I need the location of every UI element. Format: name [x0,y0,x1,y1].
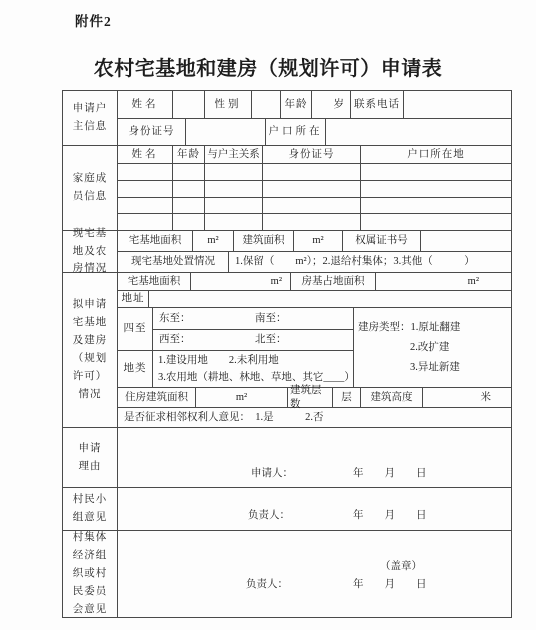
family-name-cell [118,214,173,230]
floors-unit-cell: 层 [333,388,361,407]
family-header-relation: 与户主关系 [205,146,263,163]
section-current-homestead: 现宅基 地及农 房情况 宅基地面积 m² 建筑面积 m² 权属证书号 现宅基地处… [63,231,511,273]
height-unit-cell: 米 [423,388,511,407]
family-relation-cell [205,198,263,214]
family-registry-cell [361,181,511,197]
group-sign-label: 负责人： [248,509,290,522]
applicant-gender-value-cell [252,91,281,118]
floors-label: 建筑层数 [288,388,333,407]
family-blank-row [118,198,511,215]
form-title: 农村宅基地和建房（规划许可）申请表 [0,52,536,81]
landtype-row: 地类 1.建设用地 2.未利用地 3.农用地（耕地、林地、草地、其它____） [118,351,353,387]
family-age-cell [173,181,205,197]
bounds-landtype-block: 四至 东至： 南至： 西至： 北至： [118,308,354,387]
current-building-area-label: 建筑面积 [234,231,294,251]
family-header-id: 身份证号 [263,146,361,163]
current-building-area-unit-cell: m² [294,231,343,251]
applicant-name-value-cell [173,91,205,118]
landtype-label: 地类 [118,351,153,387]
bounds-east-south-line: 东至： 南至： [153,308,353,330]
buildtype-option-line-2: 2.改扩建 [358,341,511,354]
family-blank-row [118,214,511,230]
buildtype-cell: 建房类型：1.原址翻建 2.改扩建 3.异址新建 [354,308,511,387]
family-id-cell [263,214,361,230]
application-form-table: 申请户 主信息 姓名 性别 年龄 岁 联系电话 身份证号 户口所在 [62,90,512,618]
committee-seal-text: （盖章） [380,560,422,573]
family-id-cell [263,181,361,197]
applicant-age-label: 年龄 [281,91,312,118]
section-family: 家庭成 员信息 姓名 年龄 与户主关系 身份证号 户口所在地 [63,146,511,231]
section-label-proposed: 拟申请 宅基地 及建房 （规划 许可） 情况 [63,273,118,427]
bounds-west-label: 西至： [159,333,255,346]
reason-date-text: 年 月 日 [353,467,427,480]
buildtype-option-line-3: 3.异址新建 [358,361,511,374]
committee-content-cell: （盖章） 负责人： 年 月 日 [118,531,511,617]
family-blank-rows [118,164,511,230]
committee-date-text: 年 月 日 [353,578,427,591]
applicant-phone-label: 联系电话 [351,91,404,118]
family-registry-cell [361,198,511,214]
current-row-1: 宅基地面积 m² 建筑面积 m² 权属证书号 [118,231,511,252]
section-label-committee: 村集体 经济组 织或村 民委员 会意见 [63,531,118,617]
current-row-2: 现宅基地处置情况 1.保留（ m²）；2.退给村集体；3.其他（ ） [118,252,511,272]
bounds-north-label: 北至： [255,333,287,346]
family-id-cell [263,164,361,180]
family-header-registry: 户口所在地 [361,146,511,163]
section-reason: 申请 理由 申请人： 年 月 日 [63,428,511,488]
group-date-text: 年 月 日 [353,509,427,522]
current-disposal-options: 1.保留（ m²）；2.退给村集体；3.其他（ ） [229,252,511,272]
bounds-west-north-line: 西至： 北至： [153,330,353,351]
applicant-age-unit-cell: 岁 [312,91,351,118]
current-disposal-label: 现宅基地处置情况 [118,252,229,272]
section-label-group: 村民小 组意见 [63,488,118,530]
family-id-cell [263,198,361,214]
family-age-cell [173,198,205,214]
proposed-area-label: 宅基地面积 [118,273,191,290]
reason-sign-label: 申请人： [251,467,293,480]
section-proposed: 拟申请 宅基地 及建房 （规划 许可） 情况 宅基地面积 m² 房基占地面积 m… [63,273,511,428]
current-cert-value-cell [421,231,511,251]
bounds-east-label: 东至： [159,312,255,325]
applicant-id-value-cell [186,119,266,145]
section-label-current: 现宅基 地及农 房情况 [63,231,118,272]
applicant-registry-value-cell [326,119,511,145]
family-registry-cell [361,214,511,230]
neighbor-consent-text: 是否征求相邻权利人意见： 1.是 2.否 [118,408,511,427]
family-relation-cell [205,214,263,230]
applicant-gender-label: 性别 [205,91,252,118]
family-relation-cell [205,181,263,197]
proposed-footprint-label: 房基占地面积 [291,273,376,290]
family-blank-row [118,164,511,181]
proposed-bounds-landtype-row: 四至 东至： 南至： 西至： 北至： [118,308,511,388]
applicant-registry-label: 户口所在 [266,119,326,145]
house-area-label: 住房建筑面积 [118,388,196,407]
applicant-row-2: 身份证号 户口所在 [118,119,511,145]
current-cert-label: 权属证书号 [343,231,421,251]
bounds-label: 四至 [118,308,153,350]
bounds-row: 四至 东至： 南至： 西至： 北至： [118,308,353,351]
current-area-unit-cell: m² [193,231,234,251]
family-header-age: 年龄 [173,146,205,163]
proposed-consent-row: 是否征求相邻权利人意见： 1.是 2.否 [118,408,511,427]
family-relation-cell [205,164,263,180]
attachment-label: 附件2 [75,10,112,30]
family-blank-row [118,181,511,198]
family-name-cell [118,181,173,197]
section-label-reason: 申请 理由 [63,428,118,487]
document-page: 附件2 农村宅基地和建房（规划许可）申请表 申请户 主信息 姓名 性别 年龄 岁… [0,0,536,630]
buildtype-option-line-1: 建房类型：1.原址翻建 [358,321,511,334]
proposed-address-label: 地址 [118,291,149,307]
section-applicant: 申请户 主信息 姓名 性别 年龄 岁 联系电话 身份证号 户口所在 [63,91,511,146]
family-name-cell [118,164,173,180]
current-area-label: 宅基地面积 [118,231,193,251]
applicant-name-label: 姓名 [118,91,173,118]
family-registry-cell [361,164,511,180]
section-label-family: 家庭成 员信息 [63,146,118,230]
proposed-address-value-cell [149,291,511,307]
house-area-unit-cell: m² [196,388,288,407]
family-age-cell [173,214,205,230]
proposed-address-row: 地址 [118,291,511,308]
height-label: 建筑高度 [361,388,423,407]
applicant-phone-value-cell [404,91,511,118]
proposed-area-row: 宅基地面积 m² 房基占地面积 m² [118,273,511,291]
family-header-row: 姓名 年龄 与户主关系 身份证号 户口所在地 [118,146,511,164]
reason-content-cell: 申请人： 年 月 日 [118,428,511,487]
family-age-cell [173,164,205,180]
applicant-id-label: 身份证号 [118,119,186,145]
proposed-footprint-unit-cell: m² [376,273,511,290]
proposed-area-unit-cell: m² [191,273,291,290]
section-group-opinion: 村民小 组意见 负责人： 年 月 日 [63,488,511,531]
section-label-applicant: 申请户 主信息 [63,91,118,145]
section-committee-opinion: 村集体 经济组 织或村 民委员 会意见 （盖章） 负责人： 年 月 日 [63,531,511,617]
landtype-option-line-2: 3.农用地（耕地、林地、草地、其它____） [158,371,353,384]
group-content-cell: 负责人： 年 月 日 [118,488,511,530]
bounds-south-label: 南至： [255,312,287,325]
proposed-house-row: 住房建筑面积 m² 建筑层数 层 建筑高度 米 [118,388,511,408]
applicant-row-1: 姓名 性别 年龄 岁 联系电话 [118,91,511,119]
family-header-name: 姓名 [118,146,173,163]
committee-sign-label: 负责人： [246,578,288,591]
family-name-cell [118,198,173,214]
landtype-option-line-1: 1.建设用地 2.未利用地 [158,354,353,367]
